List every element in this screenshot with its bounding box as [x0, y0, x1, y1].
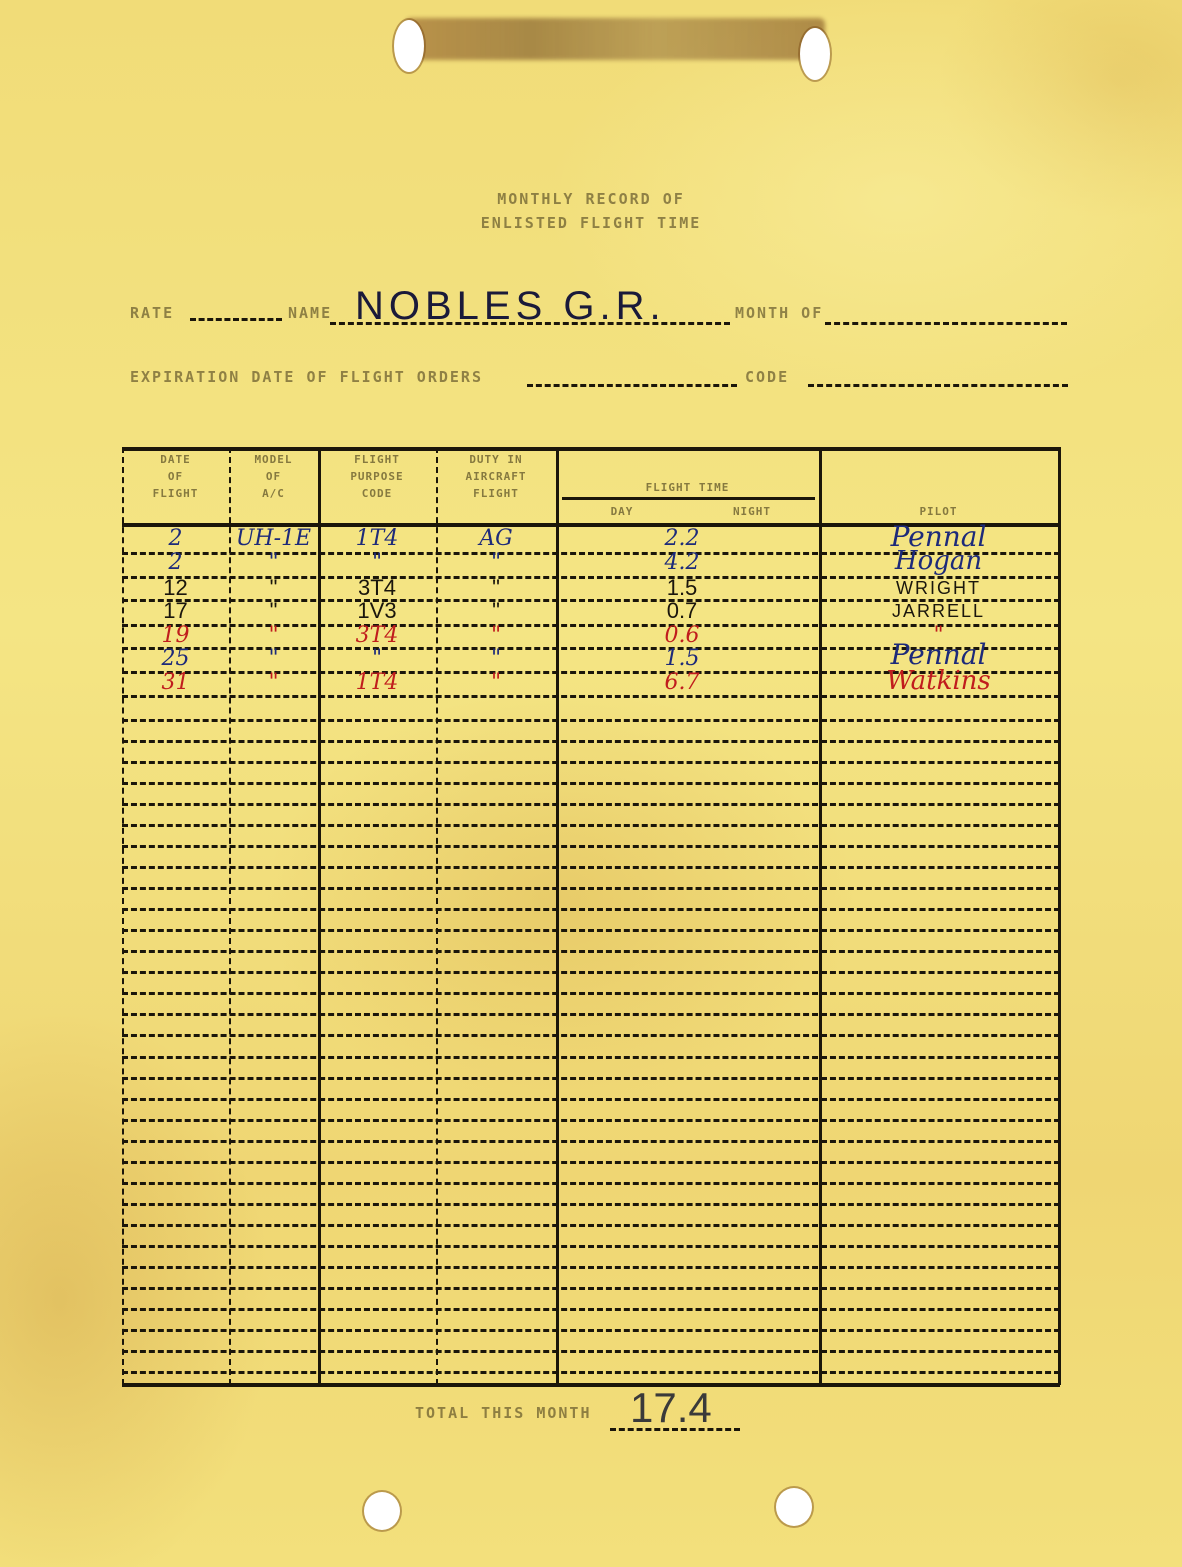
empty-row-rule [122, 908, 1060, 911]
row3-time: 1.5 [622, 576, 742, 600]
row2-purpose: " [318, 551, 436, 575]
row3-purpose: 3T4 [318, 576, 436, 600]
row5-duty: " [436, 624, 556, 648]
rust-clip-stain [405, 18, 825, 60]
row5-purpose: 3T4 [318, 624, 436, 648]
flight-log-table: DATEOFFLIGHT MODELOFA/C FLIGHTPURPOSECOD… [122, 447, 1060, 1385]
header-model: MODELOFA/C [229, 451, 318, 502]
row1-model: UH-1E [229, 527, 318, 551]
empty-row-rule [122, 1371, 1060, 1374]
rate-field[interactable] [190, 318, 282, 321]
row1-time: 2.2 [622, 527, 742, 551]
punch-hole-bottom-left [364, 1492, 400, 1530]
punch-hole-bottom-right [776, 1488, 812, 1526]
row4-purpose: 1V3 [318, 599, 436, 623]
row6-model: " [229, 647, 318, 671]
row2-date: 2 [122, 551, 229, 575]
row7-pilot: Watkins [819, 669, 1058, 693]
empty-row-rule [122, 1013, 1060, 1016]
empty-row-rule [122, 1140, 1060, 1143]
row1-purpose: 1T4 [318, 527, 436, 551]
row3-pilot: WRIGHT [819, 576, 1058, 600]
code-label: CODE [745, 368, 789, 386]
expiration-field[interactable] [527, 384, 737, 387]
row4-model: " [229, 599, 318, 623]
empty-row-rule [122, 824, 1060, 827]
row5-time: 0.6 [622, 624, 742, 648]
empty-row-rule [122, 1287, 1060, 1290]
code-field[interactable] [808, 384, 1068, 387]
row7-date: 31 [122, 671, 229, 695]
empty-row-rule [122, 740, 1060, 743]
row4-pilot: JARRELL [819, 599, 1058, 623]
row6-date: 25 [122, 647, 229, 671]
empty-row-rule [122, 992, 1060, 995]
row4-duty: " [436, 599, 556, 623]
document-title-line2: ENLISTED FLIGHT TIME [0, 214, 1182, 232]
row7-purpose: 1T4 [318, 671, 436, 695]
header-flight-time-rule [562, 497, 815, 500]
punch-hole-top-left [394, 20, 424, 72]
row-rule [122, 695, 1060, 698]
row4-time: 0.7 [622, 599, 742, 623]
empty-row-rule [122, 1308, 1060, 1311]
row3-date: 12 [122, 576, 229, 600]
empty-row-rule [122, 1182, 1060, 1185]
empty-row-rule [122, 1329, 1060, 1332]
row5-date: 19 [122, 624, 229, 648]
row2-pilot: Hogan [819, 549, 1058, 573]
row3-duty: " [436, 576, 556, 600]
row7-duty: " [436, 671, 556, 695]
document-title-line1: MONTHLY RECORD OF [0, 190, 1182, 208]
empty-row-rule [122, 1077, 1060, 1080]
month-field[interactable] [825, 322, 1067, 325]
header-pilot: PILOT [819, 503, 1058, 520]
row6-duty: " [436, 647, 556, 671]
row2-duty: " [436, 551, 556, 575]
empty-row-rule [122, 761, 1060, 764]
name-value[interactable]: NOBLES G.R. [355, 284, 666, 329]
empty-row-rule [122, 803, 1060, 806]
empty-row-rule [122, 1034, 1060, 1037]
row2-model: " [229, 551, 318, 575]
table-bottom-border [122, 1383, 1060, 1387]
empty-row-rule [122, 1203, 1060, 1206]
header-night: NIGHT [692, 503, 812, 520]
name-label: NAME [288, 304, 332, 322]
header-flight-time: FLIGHT TIME [556, 479, 819, 496]
empty-row-rule [122, 866, 1060, 869]
empty-row-rule [122, 1098, 1060, 1101]
row6-pilot: Pennal [819, 643, 1058, 667]
empty-row-rule [122, 971, 1060, 974]
row1-duty: AG [436, 527, 556, 551]
header-purpose: FLIGHTPURPOSECODE [318, 451, 436, 502]
empty-row-rule [122, 1119, 1060, 1122]
empty-row-rule [122, 782, 1060, 785]
header-date: DATEOFFLIGHT [122, 451, 229, 502]
punch-hole-top-right [800, 28, 830, 80]
row6-time: 1.5 [622, 647, 742, 671]
row7-model: " [229, 671, 318, 695]
row1-date: 2 [122, 527, 229, 551]
empty-row-rule [122, 1224, 1060, 1227]
row2-time: 4.2 [622, 551, 742, 575]
header-day: DAY [562, 503, 682, 520]
month-label: MONTH OF [735, 304, 823, 322]
empty-row-rule [122, 1245, 1060, 1248]
total-value[interactable]: 17.4 [630, 1384, 712, 1432]
rate-label: RATE [130, 304, 174, 322]
empty-row-rule [122, 950, 1060, 953]
empty-row-rule [122, 1161, 1060, 1164]
total-label: TOTAL THIS MONTH [415, 1404, 592, 1422]
empty-row-rule [122, 887, 1060, 890]
empty-row-rule [122, 1266, 1060, 1269]
row4-date: 17 [122, 599, 229, 623]
empty-row-rule [122, 1350, 1060, 1353]
row7-time: 6.7 [622, 671, 742, 695]
empty-row-rule [122, 719, 1060, 722]
header-duty: DUTY INAIRCRAFTFLIGHT [436, 451, 556, 502]
row5-model: " [229, 624, 318, 648]
empty-row-rule [122, 1056, 1060, 1059]
row3-model: " [229, 576, 318, 600]
row6-purpose: " [318, 647, 436, 671]
expiration-label: EXPIRATION DATE OF FLIGHT ORDERS [130, 368, 483, 386]
empty-row-rule [122, 929, 1060, 932]
empty-row-rule [122, 845, 1060, 848]
